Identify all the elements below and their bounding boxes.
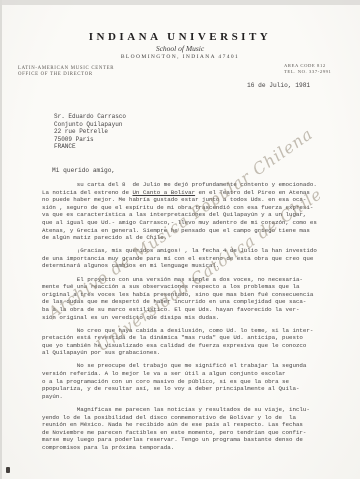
school-name: School of Music [0,44,360,53]
office-block: LATIN-AMERICAN MUSIC CENTER OFFICE OF TH… [18,66,114,78]
scan-edge-left [0,0,2,479]
letter-date: 16 de Julio, 1981 [247,82,310,89]
letter-paragraph: No se preocupe del trabajo que me signif… [42,362,342,400]
university-city-line: BLOOMINGTON, INDIANA 47401 [0,54,360,60]
recipient-address: Sr. Eduardo Carrasco Conjunto Quilapayun… [54,113,126,151]
letter-paragraph: su carta del 8 de Julio me dejó profunda… [42,181,342,242]
letter-body: su carta del 8 de Julio me dejó profunda… [42,181,342,457]
salutation: Mi querido amigo, [52,167,115,174]
letter-paragraph: ¡Gracias, mis queridos amigos! , la fech… [42,247,342,270]
scan-artifact-speck [6,467,10,473]
scan-edge-top [0,0,360,5]
letter-scan-page: INDIANA UNIVERSITY School of Music BLOOM… [0,0,360,479]
letter-paragraph: El proyecto con una versión mas simple a… [42,276,342,322]
university-name: INDIANA UNIVERSITY [0,31,360,43]
letter-paragraph: No creo que haya cabida a desilusión, co… [42,327,342,357]
letter-paragraph: Magníficas me parecen las noticias y res… [42,406,342,452]
phone-block: AREA CODE 812 TEL. NO. 337-2991 [284,63,331,75]
